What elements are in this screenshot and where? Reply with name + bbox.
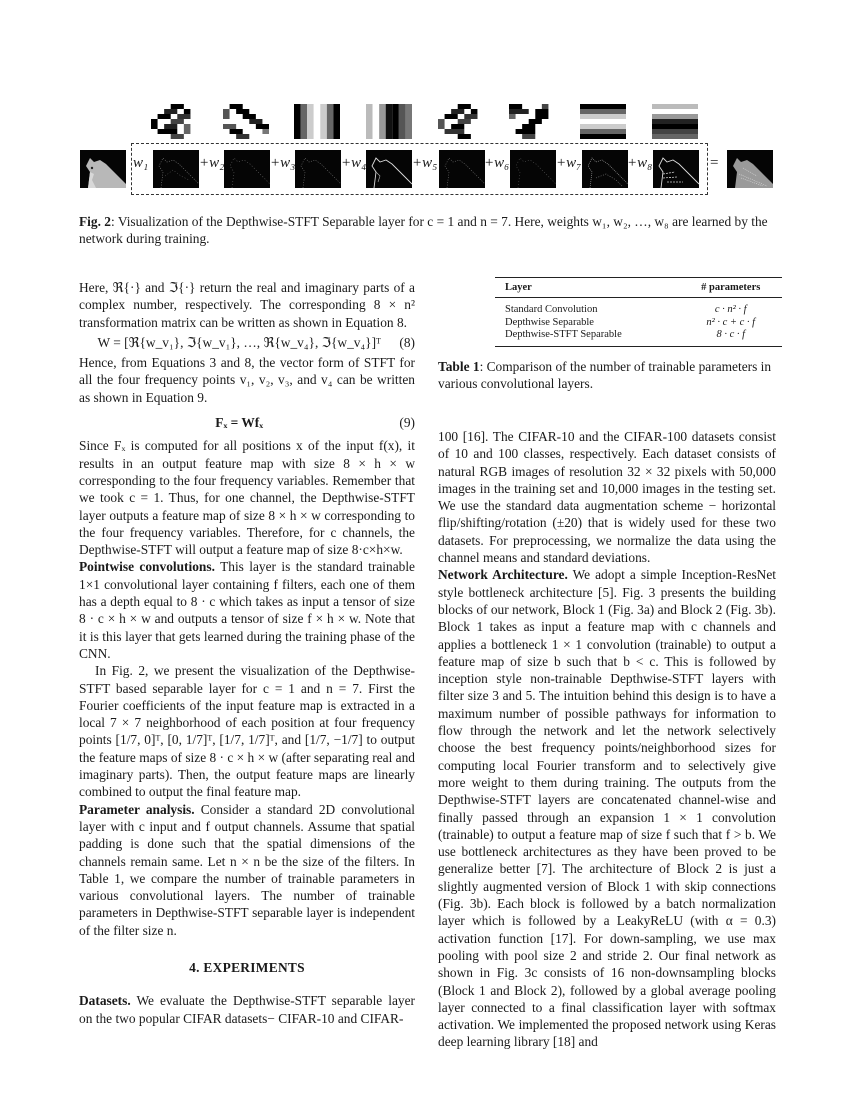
table-caption-text: : Comparison of the number of trainable …	[438, 359, 771, 391]
weight-w6: +w₆	[484, 155, 509, 172]
figure-2: w₁ +w₂ +w₃ +w₄ +w₅ +w₆ +w₇ +w₈ =	[0, 0, 850, 200]
run-in-heading: Datasets.	[79, 993, 131, 1008]
paragraph: Network Architecture. We adopt a simple …	[438, 566, 776, 1050]
paragraph-text: We adopt a simple Inception-ResNet style…	[438, 567, 776, 1049]
table-cell: c · n² · f	[677, 298, 782, 317]
figure-caption: Fig. 2: Visualization of the Depthwise-S…	[79, 213, 779, 247]
table-row: Standard Convolution c · n² · f	[495, 298, 782, 317]
left-column: Here, ℜ{·} and ℑ{·} return the real and …	[79, 279, 415, 1027]
equation-number: (9)	[399, 414, 415, 431]
paragraph: Here, ℜ{·} and ℑ{·} return the real and …	[79, 279, 415, 331]
weight-w5: +w₅	[412, 155, 437, 172]
feature-map-2	[224, 150, 270, 188]
stft-kernel-5	[438, 104, 484, 139]
weight-w2: +w₂	[199, 155, 224, 172]
paragraph: Datasets. We evaluate the Depthwise-STFT…	[79, 992, 415, 1027]
weight-w4: +w₄	[341, 155, 366, 172]
feature-map-6	[510, 150, 556, 188]
table-header-row: Layer # parameters	[495, 278, 782, 298]
table-row: Depthwise-STFT Separable 8 · c · f	[495, 329, 782, 346]
table-row: Depthwise Separable n² · c + c · f	[495, 317, 782, 330]
table-cell: n² · c + c · f	[677, 317, 782, 330]
run-in-heading: Parameter analysis.	[79, 802, 195, 817]
stft-kernel-2	[223, 104, 269, 139]
stft-kernel-4	[366, 104, 412, 139]
feature-map-8	[653, 150, 699, 188]
run-in-heading: Pointwise convolutions.	[79, 559, 215, 574]
input-cat-image	[80, 150, 126, 188]
table-cell: Standard Convolution	[495, 298, 677, 317]
paragraph-text: Consider a standard 2D convolutional lay…	[79, 802, 415, 938]
equation-body: Fₓ = Wfₓ	[79, 414, 399, 431]
feature-map-1	[153, 150, 199, 188]
feature-map-4	[366, 150, 412, 188]
paragraph: Parameter analysis. Consider a standard …	[79, 801, 415, 939]
column-header: # parameters	[677, 278, 782, 298]
stft-kernel-7	[580, 104, 626, 139]
paragraph: Pointwise convolutions. This layer is th…	[79, 558, 415, 662]
feature-map-7	[582, 150, 628, 188]
equals-sign: =	[710, 155, 718, 172]
weight-w1: w₁	[133, 155, 148, 172]
feature-map-5	[439, 150, 485, 188]
stft-kernel-8	[652, 104, 698, 139]
table-1: Layer # parameters Standard Convolution …	[495, 277, 782, 347]
weight-w3: +w₃	[270, 155, 295, 172]
stft-kernel-1	[151, 104, 197, 139]
paragraph: Since Fₓ is computed for all positions x…	[79, 437, 415, 558]
paragraph: In Fig. 2, we present the visualization …	[79, 662, 415, 800]
paragraph-text: This layer is the standard trainable 1×1…	[79, 559, 415, 660]
table-cell: Depthwise-STFT Separable	[495, 329, 677, 346]
equation-8: W = [ℜ{w_v₁}, ℑ{w_v₁}, …, ℜ{w_v₄}, ℑ{w_v…	[79, 334, 415, 351]
figure-caption-text: : Visualization of the Depthwise-STFT Se…	[79, 214, 768, 246]
weight-w8: +w₈	[627, 155, 652, 172]
table-label: Table 1	[438, 359, 480, 374]
table-cell: Depthwise Separable	[495, 317, 677, 330]
paragraph: Hence, from Equations 3 and 8, the vecto…	[79, 354, 415, 406]
column-header: Layer	[495, 278, 677, 298]
stft-kernel-3	[294, 104, 340, 139]
stft-kernel-6	[509, 104, 555, 139]
output-cat-image	[727, 150, 773, 188]
paragraph: 100 [16]. The CIFAR-10 and the CIFAR-100…	[438, 428, 776, 566]
feature-map-3	[295, 150, 341, 188]
section-heading: 4. EXPERIMENTS	[79, 959, 415, 976]
weight-w7: +w₇	[556, 155, 581, 172]
equation-body: W = [ℜ{w_v₁}, ℑ{w_v₁}, …, ℜ{w_v₄}, ℑ{w_v…	[79, 334, 399, 351]
run-in-heading: Network Architecture.	[438, 567, 568, 582]
right-column: 100 [16]. The CIFAR-10 and the CIFAR-100…	[438, 428, 776, 1051]
equation-number: (8)	[399, 334, 415, 351]
equation-9: Fₓ = Wfₓ (9)	[79, 414, 415, 431]
table-cell: 8 · c · f	[677, 329, 782, 346]
table-caption: Table 1: Comparison of the number of tra…	[438, 358, 778, 393]
figure-label: Fig. 2	[79, 214, 111, 229]
